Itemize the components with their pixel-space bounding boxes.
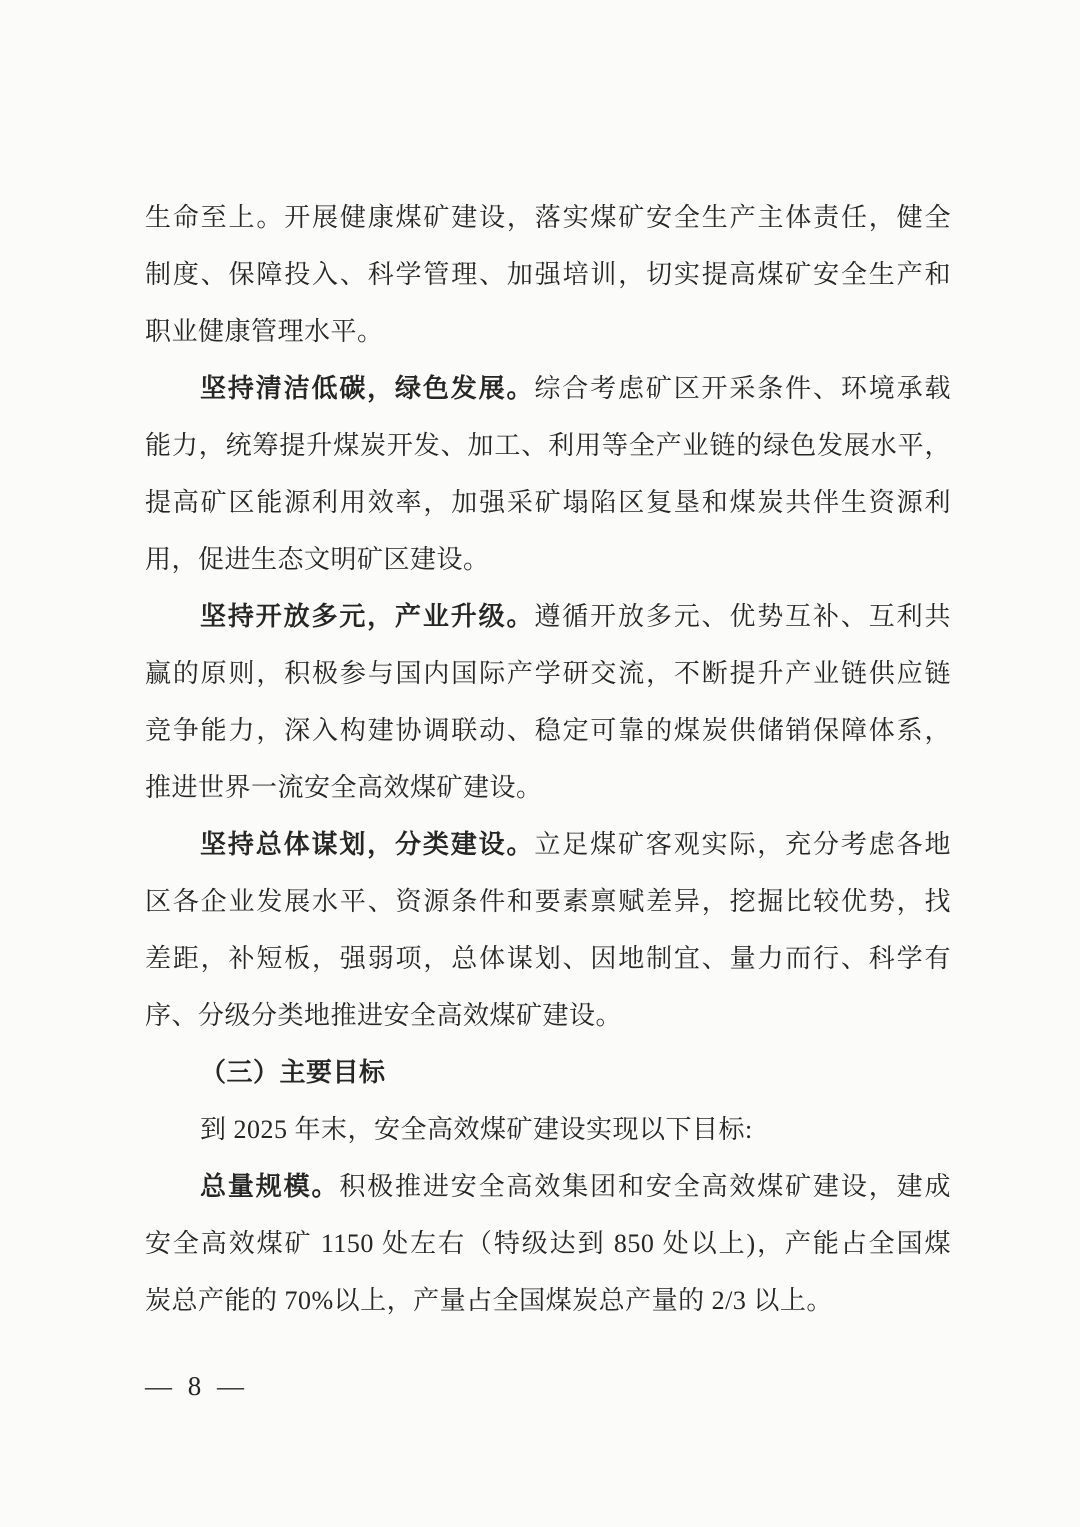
line-text: 积极推进安全高效集团和安全高效煤矿建设，建成	[339, 1172, 951, 1201]
line-text: 炭总产能的 70%以上，产量占全国煤炭总产量的 2/3 以上。	[145, 1286, 833, 1315]
line-text: 职业健康管理水平。	[145, 317, 384, 346]
text-line: 炭总产能的 70%以上，产量占全国煤炭总产量的 2/3 以上。	[145, 1272, 951, 1329]
line-text: 提高矿区能源利用效率，加强采矿塌陷区复垦和煤炭共伴生资源利	[145, 488, 951, 517]
page-footer: — 8 —	[145, 1366, 244, 1406]
line-text: 竞争能力，深入构建协调联动、稳定可靠的煤炭供储销保障体系，	[145, 716, 951, 745]
text-line: 推进世界一流安全高效煤矿建设。	[145, 759, 951, 816]
line-text: 遵循开放多元、优势互补、互利共	[534, 602, 951, 631]
section-heading: （三）主要目标	[145, 1044, 951, 1101]
line-text: 立足煤矿客观实际，充分考虑各地	[534, 830, 951, 859]
text-line: 竞争能力，深入构建协调联动、稳定可靠的煤炭供储销保障体系，	[145, 702, 951, 759]
text-line: 制度、保障投入、科学管理、加强培训，切实提高煤矿安全生产和	[145, 246, 951, 303]
text-line: 序、分级分类地推进安全高效煤矿建设。	[145, 987, 951, 1044]
line-text: 区各企业发展水平、资源条件和要素禀赋差异，挖掘比较优势，找	[145, 887, 951, 916]
lead-emphasis: 坚持清洁低碳，绿色发展。	[200, 374, 534, 403]
line-text: 序、分级分类地推进安全高效煤矿建设。	[145, 1001, 622, 1030]
text-line: 能力，统筹提升煤炭开发、加工、利用等全产业链的绿色发展水平，	[145, 417, 951, 474]
line-text: 生命至上。开展健康煤矿建设，落实煤矿安全生产主体责任，健全	[145, 203, 951, 232]
text-line: 职业健康管理水平。	[145, 303, 951, 360]
lead-emphasis: （三）主要目标	[200, 1058, 386, 1087]
page-body-text: 生命至上。开展健康煤矿建设，落实煤矿安全生产主体责任，健全制度、保障投入、科学管…	[145, 189, 951, 1329]
text-line: 赢的原则，积极参与国内国际产学研交流，不断提升产业链供应链	[145, 645, 951, 702]
lead-emphasis: 坚持总体谋划，分类建设。	[200, 830, 534, 859]
text-line: 提高矿区能源利用效率，加强采矿塌陷区复垦和煤炭共伴生资源利	[145, 474, 951, 531]
line-text: 赢的原则，积极参与国内国际产学研交流，不断提升产业链供应链	[145, 659, 951, 688]
line-text: 安全高效煤矿 1150 处左右（特级达到 850 处以上)，产能占全国煤	[145, 1229, 951, 1258]
text-line: 安全高效煤矿 1150 处左右（特级达到 850 处以上)，产能占全国煤	[145, 1215, 951, 1272]
line-text: 用，促进生态文明矿区建设。	[145, 545, 490, 574]
document-page: 生命至上。开展健康煤矿建设，落实煤矿安全生产主体责任，健全制度、保障投入、科学管…	[0, 0, 1080, 1527]
text-line: 坚持清洁低碳，绿色发展。综合考虑矿区开采条件、环境承载	[145, 360, 951, 417]
text-line: 用，促进生态文明矿区建设。	[145, 531, 951, 588]
line-text: 差距，补短板，强弱项，总体谋划、因地制宜、量力而行、科学有	[145, 944, 951, 973]
page-number: — 8 —	[145, 1371, 244, 1401]
text-line: 生命至上。开展健康煤矿建设，落实煤矿安全生产主体责任，健全	[145, 189, 951, 246]
line-text: 制度、保障投入、科学管理、加强培训，切实提高煤矿安全生产和	[145, 260, 951, 289]
line-text: 到 2025 年末，安全高效煤矿建设实现以下目标:	[200, 1115, 753, 1144]
lead-emphasis: 坚持开放多元，产业升级。	[200, 602, 534, 631]
text-line: 坚持开放多元，产业升级。遵循开放多元、优势互补、互利共	[145, 588, 951, 645]
line-text: 能力，统筹提升煤炭开发、加工、利用等全产业链的绿色发展水平，	[145, 431, 951, 460]
text-line: 坚持总体谋划，分类建设。立足煤矿客观实际，充分考虑各地	[145, 816, 951, 873]
text-line: 差距，补短板，强弱项，总体谋划、因地制宜、量力而行、科学有	[145, 930, 951, 987]
text-line: 到 2025 年末，安全高效煤矿建设实现以下目标:	[145, 1101, 951, 1158]
line-text: 推进世界一流安全高效煤矿建设。	[145, 773, 543, 802]
lead-emphasis: 总量规模。	[200, 1172, 339, 1201]
text-line: 区各企业发展水平、资源条件和要素禀赋差异，挖掘比较优势，找	[145, 873, 951, 930]
text-line: 总量规模。积极推进安全高效集团和安全高效煤矿建设，建成	[145, 1158, 951, 1215]
line-text: 综合考虑矿区开采条件、环境承载	[534, 374, 951, 403]
